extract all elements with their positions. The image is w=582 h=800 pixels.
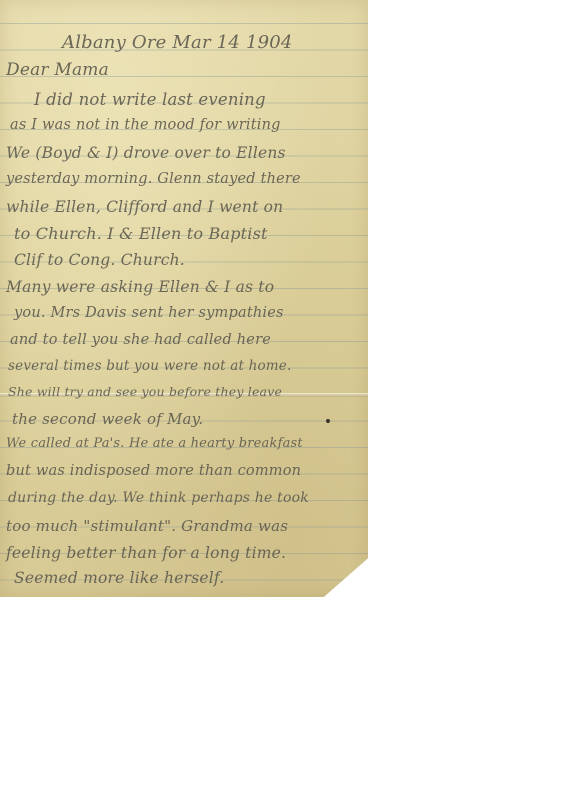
letter-line: too much "stimulant". Grandma was [6,517,288,535]
letter-line: several times but you were not at home. [8,358,291,374]
letter-line: and to tell you she had called here [10,332,271,348]
letter-page: Albany Ore Mar 14 1904 Dear Mama I did n… [0,0,368,597]
letter-line: while Ellen, Clifford and I went on [6,198,283,216]
letter-line: I did not write last evening [34,90,266,109]
letter-place-date: Albany Ore Mar 14 1904 [62,32,293,53]
letter-line: Many were asking Ellen & I as to [6,278,274,296]
letter-line: yesterday morning. Glenn stayed there [6,171,301,187]
letter-line: We called at Pa's. He ate a hearty break… [6,436,303,451]
letter-line: but was indisposed more than common [6,463,301,479]
letter-line: Clif to Cong. Church. [14,251,185,269]
letter-line: the second week of May. [12,410,203,428]
letter-salutation: Dear Mama [6,60,109,80]
letter-line: you. Mrs Davis sent her sympathies [14,305,284,321]
letter-line: feeling better than for a long time. [6,544,286,562]
letter-line: as I was not in the mood for writing [10,117,281,133]
ink-spot [326,419,330,423]
letter-line: during the day. We think perhaps he took [8,490,309,506]
letter-line: to Church. I & Ellen to Baptist [14,224,268,243]
letter-line: She will try and see you before they lea… [8,384,282,399]
letter-line: Seemed more like herself. [14,569,224,587]
letter-body: Albany Ore Mar 14 1904 Dear Mama I did n… [0,0,368,597]
letter-line: We (Boyd & I) drove over to Ellens [6,144,286,162]
